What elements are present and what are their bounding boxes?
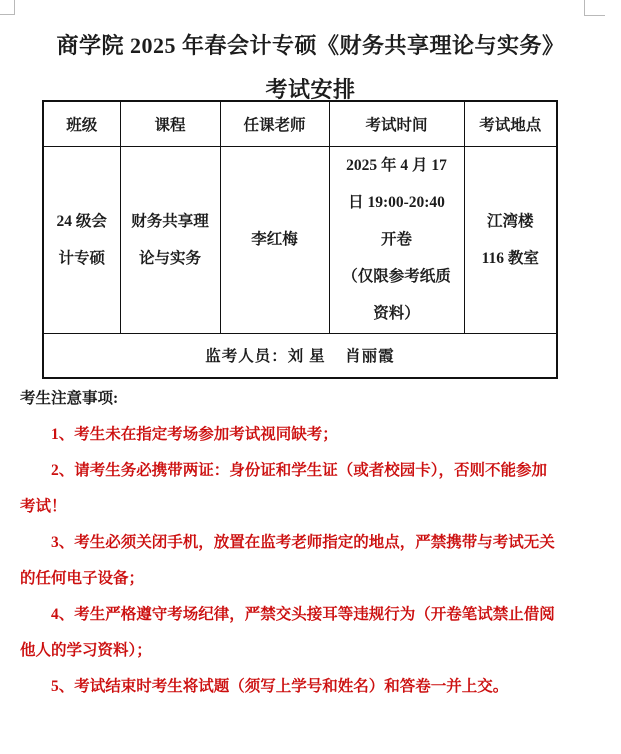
column-header-class: 班级 xyxy=(43,101,120,146)
cell-teacher: 李红梅 xyxy=(220,146,329,333)
note-item-4: 4、考生严格遵守考场纪律，严禁交头接耳等违规行为（开卷笔试禁止借阅 他人的学习资… xyxy=(20,597,596,669)
table-row: 24 级会 计专硕 财务共享理 论与实务 李红梅 2025 年 4 月 17 日… xyxy=(43,146,557,333)
column-header-exam-time: 考试时间 xyxy=(329,101,464,146)
document-title: 商学院 2025 年春会计专硕《财务共享理论与实务》 考试安排 xyxy=(20,24,601,112)
table-header-row: 班级 课程 任课老师 考试时间 考试地点 xyxy=(43,101,557,146)
exam-notice-page: { "page": { "title": "商学院 2025 年春会计专硕《财务… xyxy=(0,0,621,754)
column-header-course: 课程 xyxy=(120,101,220,146)
page-corner-mark-top-left xyxy=(0,0,15,15)
cell-exam-location: 江湾楼 116 教室 xyxy=(464,146,557,333)
note-item-1: 1、考生未在指定考场参加考试视同缺考； xyxy=(20,417,596,453)
examinee-notes-section: 考生注意事项: 1、考生未在指定考场参加考试视同缺考； 2、请考生务必携带两证：… xyxy=(20,381,596,705)
cell-course: 财务共享理 论与实务 xyxy=(120,146,220,333)
cell-invigilators: 监考人员：刘 星 肖丽霞 xyxy=(43,333,557,378)
column-header-teacher: 任课老师 xyxy=(220,101,329,146)
cell-exam-time: 2025 年 4 月 17 日 19:00-20:40 开卷 （仅限参考纸质 资… xyxy=(329,146,464,333)
exam-schedule-table: 班级 课程 任课老师 考试时间 考试地点 24 级会 计专硕 财务共享理 论与实… xyxy=(42,100,558,379)
note-item-3: 3、考生必须关闭手机，放置在监考老师指定的地点，严禁携带与考试无关 的任何电子设… xyxy=(20,525,596,597)
cell-class: 24 级会 计专硕 xyxy=(43,146,120,333)
invigilator-row: 监考人员：刘 星 肖丽霞 xyxy=(43,333,557,378)
page-corner-mark-top-right xyxy=(584,0,605,16)
notes-heading: 考生注意事项: xyxy=(20,381,596,417)
note-item-5: 5、考试结束时考生将试题（须写上学号和姓名）和答卷一并上交。 xyxy=(20,669,596,705)
note-item-2: 2、请考生务必携带两证：身份证和学生证（或者校园卡），否则不能参加 考试！ xyxy=(20,453,596,525)
column-header-exam-location: 考试地点 xyxy=(464,101,557,146)
